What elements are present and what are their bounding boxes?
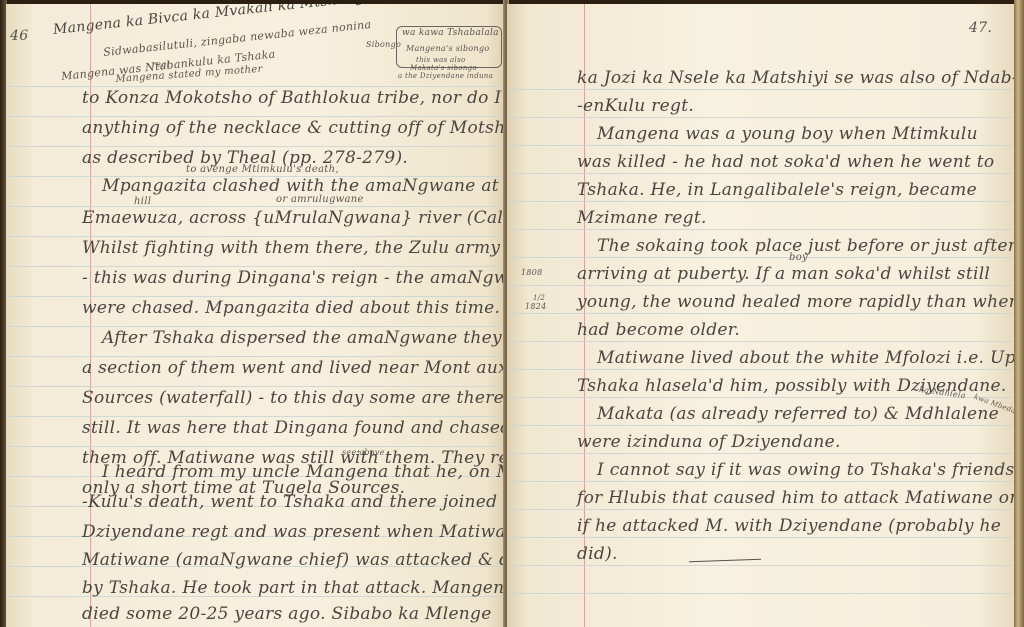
text-line: by Tshaka. He took part in that attack. … <box>82 578 506 598</box>
rule-line <box>6 206 506 207</box>
rule-line <box>6 86 506 87</box>
rule-line <box>507 537 1015 538</box>
left-page: 46 Mangena ka Bivca ka Mvakali ka Mtshen… <box>6 4 506 627</box>
rule-line <box>507 229 1015 230</box>
right-page: 47. 1808 1/2 1824 ka Jozi ka Nsele ka Ma… <box>507 4 1015 627</box>
text-line: did). <box>577 544 618 564</box>
box-note-3: this was also <box>416 56 465 64</box>
rule-line <box>6 296 506 297</box>
text-line: Matiwane (amaNgwane chief) was attacked … <box>82 550 506 570</box>
text-line: died some 20-25 years ago. Sibabo ka Mle… <box>82 604 492 624</box>
rule-line <box>6 236 506 237</box>
rule-line <box>507 593 1015 594</box>
text-line: Dziyendane regt and was present when Mat… <box>82 522 506 542</box>
box-note-2: Mangena's sibongo <box>406 44 490 53</box>
text-line: Matiwane lived about the white Mfolozi i… <box>597 348 1015 368</box>
page-number: 47. <box>969 20 992 36</box>
interlinear-note: see above <box>342 448 385 457</box>
margin-date: 1808 <box>521 268 543 277</box>
interlinear-note: hill <box>134 196 151 207</box>
rule-line <box>6 416 506 417</box>
text-line: had become older. <box>577 320 740 340</box>
text-line: -Kulu's death, went to Tshaka and there … <box>82 492 506 512</box>
text-line: After Tshaka dispersed the amaNgwane the… <box>102 328 506 348</box>
rule-line <box>507 89 1015 90</box>
rule-line <box>6 446 506 447</box>
rule-line <box>507 285 1015 286</box>
rule-line <box>507 509 1015 510</box>
box-note-5: a the Dziyendane induna <box>398 72 493 80</box>
interlinear-note: or amrulugwane <box>276 194 364 205</box>
rule-line <box>6 326 506 327</box>
section-end-rule <box>689 559 761 563</box>
text-line: still. It was here that Dingana found an… <box>82 418 506 438</box>
text-line: were chased. Mpangazita died about this … <box>82 298 500 318</box>
text-line: Makata (as already referred to) & Mdhlal… <box>597 404 999 424</box>
margin-date-note: 1/2 <box>533 294 545 302</box>
interlinear-note: to avenge Mtimkulu's death, <box>186 164 339 175</box>
text-line: for Hlubis that caused him to attack Mat… <box>577 488 1015 508</box>
rule-line <box>507 201 1015 202</box>
text-line: arriving at puberty. If a man soka'd whi… <box>577 264 990 284</box>
text-line: Tshaka. He, in Langalibalele's reign, be… <box>577 180 977 200</box>
text-line: ka Jozi ka Nsele ka Matshiyi se was also… <box>577 68 1015 88</box>
rule-line <box>507 145 1015 146</box>
rule-line <box>507 565 1015 566</box>
text-line: Mangena was a young boy when Mtimkulu <box>597 124 978 144</box>
rule-line <box>507 481 1015 482</box>
rule-line <box>6 356 506 357</box>
text-line: Mpangazita clashed with the amaNgwane at <box>102 176 499 196</box>
rule-line <box>507 341 1015 342</box>
rule-line <box>507 453 1015 454</box>
margin-date: 1824 <box>525 302 547 311</box>
text-line: anything of the necklace & cutting off o… <box>82 118 506 138</box>
interlinear-note: boy <box>789 252 808 263</box>
rule-line <box>507 257 1015 258</box>
notebook-spread: 46 Mangena ka Bivca ka Mvakali ka Mtshen… <box>0 0 1024 627</box>
rule-line <box>507 397 1015 398</box>
page-number: 46 <box>10 28 28 44</box>
text-line: Whilst fighting with them there, the Zul… <box>82 238 506 258</box>
rule-line <box>6 266 506 267</box>
rule-line <box>507 313 1015 314</box>
text-line: I heard from my uncle Mangena that he, o… <box>102 462 506 482</box>
rule-line <box>6 146 506 147</box>
text-line: Sources (waterfall) - to this day some a… <box>82 388 504 408</box>
rule-line <box>507 117 1015 118</box>
rule-line <box>507 173 1015 174</box>
text-line: were izinduna of Dziyendane. <box>577 432 841 452</box>
text-line: a section of them went and lived near Mo… <box>82 358 506 378</box>
rule-line <box>6 386 506 387</box>
text-line: I cannot say if it was owing to Tshaka's… <box>597 460 1015 480</box>
rule-line <box>6 116 506 117</box>
cover-right-edge <box>1014 0 1024 627</box>
text-line: to Konza Mokotsho of Bathlokua tribe, no… <box>82 88 506 108</box>
marginal-note-regt: regt <box>152 60 170 69</box>
text-line: Mzimane regt. <box>577 208 707 228</box>
text-line: - this was during Dingana's reign - the … <box>82 268 506 288</box>
box-note-1: wa kawa Tshabalala <box>402 28 499 38</box>
box-note-4: Makata's sibongo <box>410 64 477 72</box>
text-line: young, the wound healed more rapidly tha… <box>577 292 1015 312</box>
text-line: if he attacked M. with Dziyendane (proba… <box>577 516 1001 536</box>
rule-line <box>507 425 1015 426</box>
text-line: Emaewuza, across {uMrulaNgwana} river (C… <box>82 208 506 228</box>
text-line: -enKulu regt. <box>577 96 694 116</box>
rule-line <box>507 369 1015 370</box>
text-line: was killed - he had not soka'd when he w… <box>577 152 994 172</box>
